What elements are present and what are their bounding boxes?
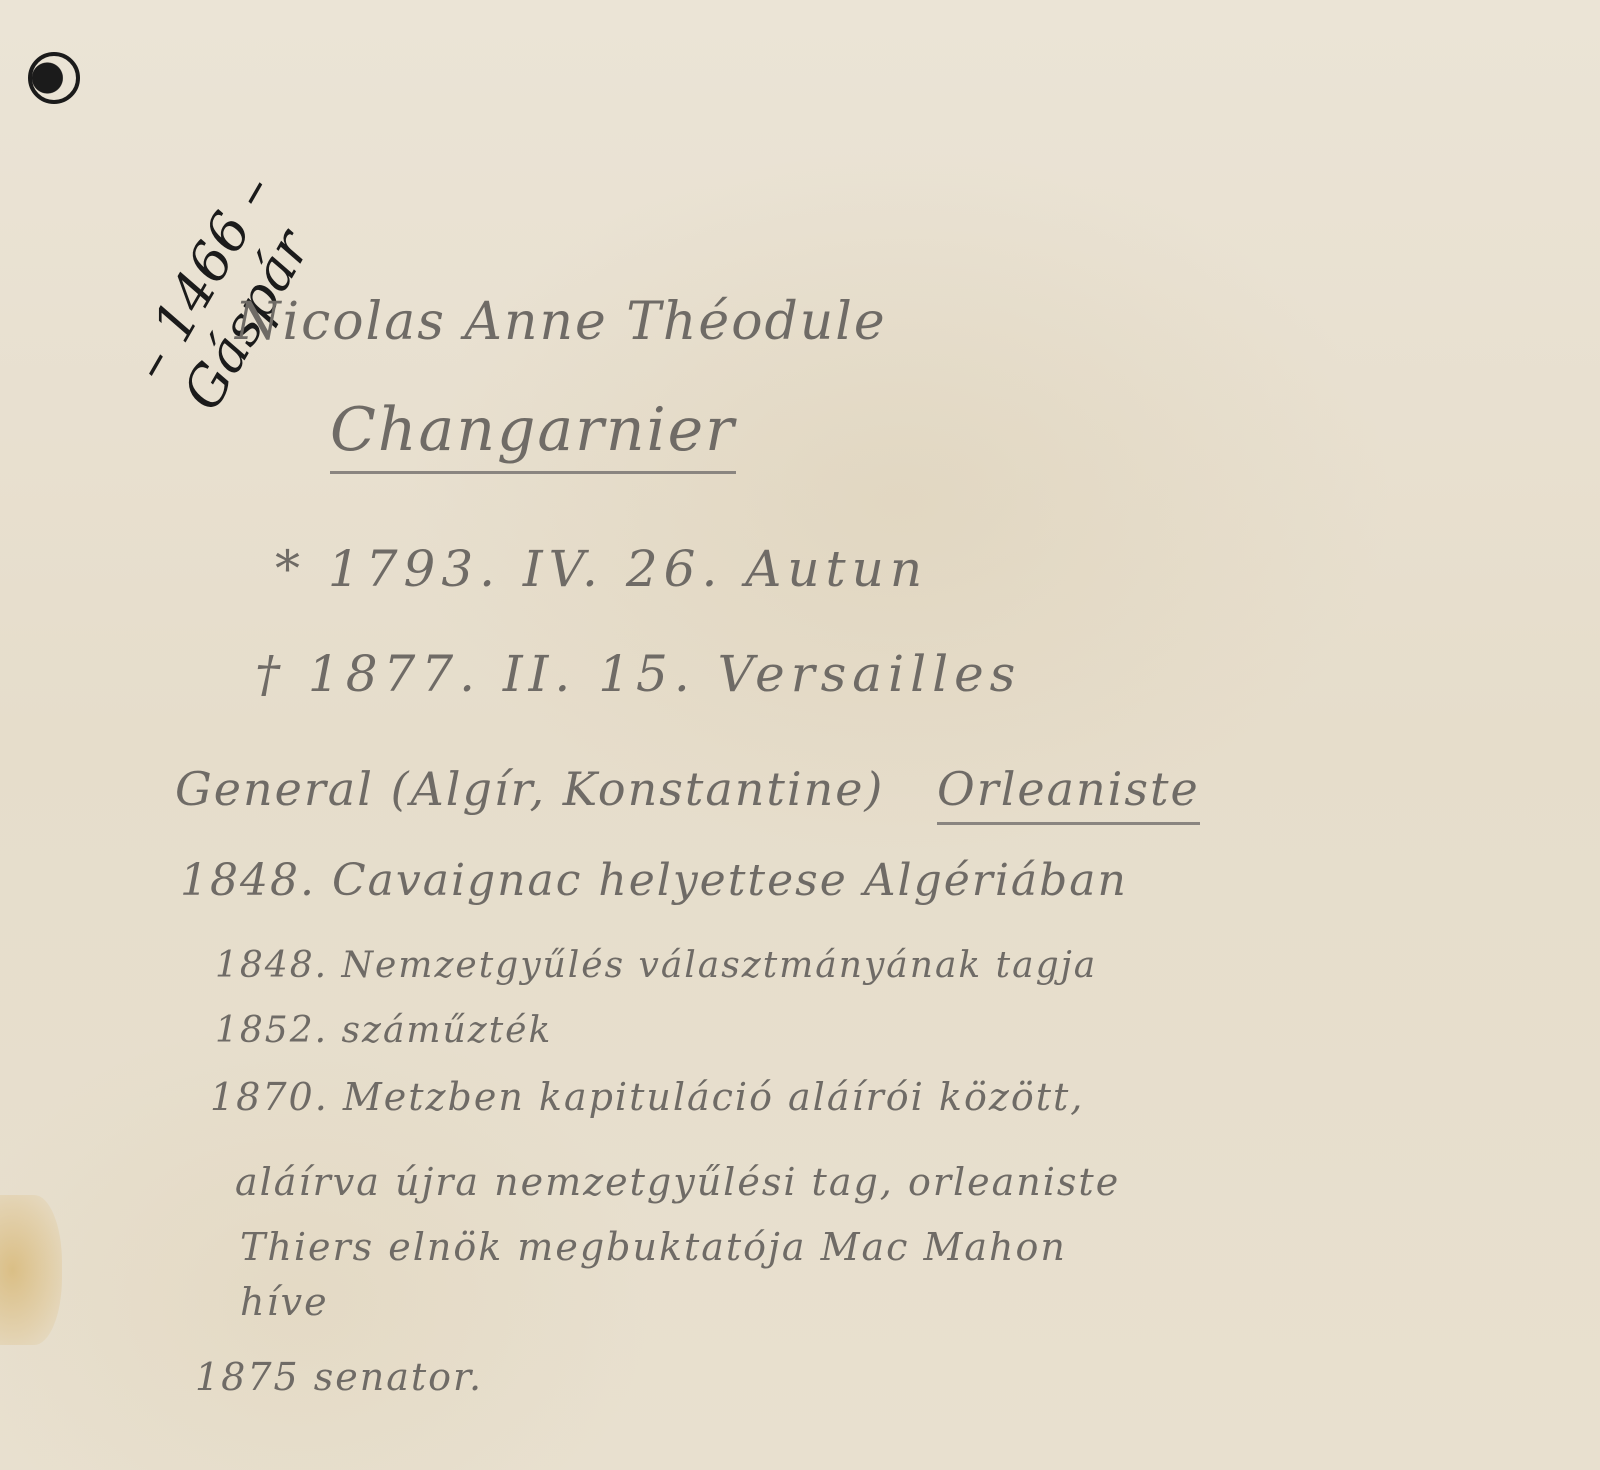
bio-line-5: aláírva újra nemzetgyűlési tag, orleanis… bbox=[235, 1160, 1120, 1204]
birth-line: * 1793. IV. 26. Autun bbox=[275, 540, 928, 598]
circled-mark-icon bbox=[28, 52, 80, 104]
affiliation: Orleaniste bbox=[937, 762, 1200, 825]
death-line: † 1877. II. 15. Versailles bbox=[255, 645, 1021, 703]
bio-line-4: 1870. Metzben kapituláció aláírói között… bbox=[210, 1075, 1084, 1119]
bio-line-2: 1848. Nemzetgyűlés választmányának tagja bbox=[215, 945, 1097, 986]
surname: Changarnier bbox=[330, 395, 736, 474]
water-stain bbox=[0, 1195, 62, 1345]
bio-line-6: Thiers elnök megbuktatója Mac Mahon bbox=[240, 1225, 1067, 1269]
title-line: General (Algír, Konstantine) Orleaniste bbox=[175, 762, 1200, 816]
bio-line-8: 1875 senator. bbox=[195, 1355, 483, 1399]
title-text: General (Algír, Konstantine) bbox=[175, 762, 884, 816]
given-names: Nicolas Anne Théodule bbox=[235, 292, 887, 352]
bio-line-3: 1852. száműzték bbox=[215, 1010, 552, 1051]
bio-line-7: híve bbox=[240, 1280, 329, 1324]
bio-line-1: 1848. Cavaignac helyettese Algériában bbox=[180, 855, 1128, 906]
